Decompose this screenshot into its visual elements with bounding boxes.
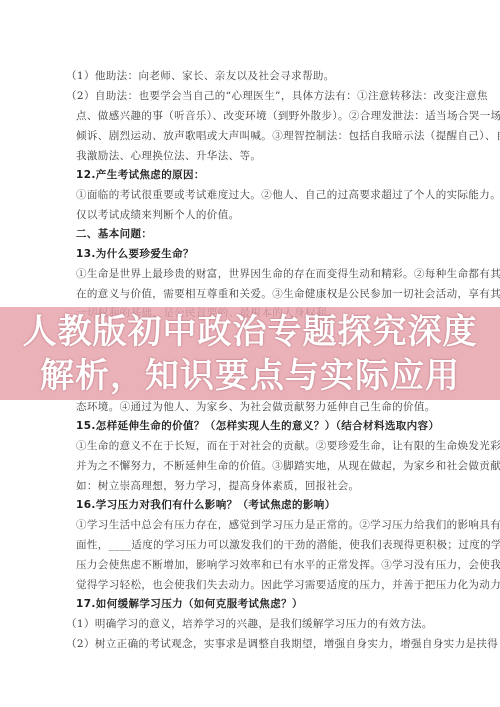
body-text-line: 我激励法、心理换位法、升华法、等。 bbox=[76, 149, 436, 163]
body-text-line: 如：树立崇高理想，努力学习，提高身体素质，回报社会。 bbox=[76, 479, 436, 493]
body-text-line: 点、做感兴趣的事（听音乐）、改变环境（到野外散步）。②合理发泄法：适当场合哭一场… bbox=[76, 109, 436, 123]
body-text-line: 仅以考试成绩来判断个人的价值。 bbox=[76, 208, 436, 222]
section-heading: 二、基本问题： bbox=[76, 227, 436, 241]
body-text-line: （1）明确学习的意义，培养学习的兴趣，是我们缓解学习压力的有效方法。 bbox=[66, 617, 426, 631]
section-heading: 13.为什么要珍爱生命？ bbox=[76, 247, 436, 261]
body-text-line: 面性，____适度的学习压力可以激发我们的干劲的潜能，使我们表现得更积极；过度的… bbox=[76, 538, 436, 552]
section-heading: 16.学习压力对我们有什么影响？（考试焦虑的影响） bbox=[76, 498, 436, 512]
body-text-line: 压力会使焦虑不断增加，影响学习效率和已有水平的正常发挥。③学习没有压力，会使我们 bbox=[76, 558, 436, 572]
body-text-line: ①生命的意义不在于长短，而在于对社会的贡献。②要珍爱生命，让有限的生命焕发光彩， bbox=[76, 439, 436, 453]
body-text-line: （1）他助法：向老师、家长、亲友以及社会寻求帮助。 bbox=[66, 69, 426, 83]
body-text-line: ①面临的考试很重要或考试难度过大。②他人、自己的过高要求超过了个人的实际能力。③ bbox=[76, 188, 436, 202]
banner-title-line-2: 解析，知识要点与实际应用 bbox=[40, 354, 460, 398]
body-text-line: 觉得学习轻松，也会使我们失去动力。因此学习需要适度的压力，并善于把压力化为动力。 bbox=[76, 578, 436, 592]
title-banner: 人教版初中政治专题探究深度 解析，知识要点与实际应用 bbox=[0, 307, 500, 400]
body-text-line: 态环境。④通过为他人、为家乡、为社会做贡献努力延伸自己生命的价值。 bbox=[76, 400, 436, 414]
section-heading: 17.如何缓解学习压力（如何克服考试焦虑？） bbox=[76, 597, 436, 611]
body-text-line: （2）自助法：也要学会当自己的“心理医生”，具体方法有：①注意转移法：改变注意焦 bbox=[66, 89, 426, 103]
body-text-line: 在的意义与价值，需要相互尊重和关爱。③生命健康权是公民参加一切社会活动，享有其他 bbox=[76, 287, 436, 301]
body-text-line: 并为之不懈努力，不断延伸生命的价值。③脚踏实地，从现在做起，为家乡和社会做贡献， bbox=[76, 459, 436, 473]
body-text-line: ①学习生活中总会有压力存在，感觉到学习压力是正常的。②学习压力给我们的影响具有两 bbox=[76, 518, 436, 532]
body-text-line: ①生命是世界上最珍贵的财富，世界因生命的存在而变得生动和精彩。②每种生命都有其存 bbox=[76, 267, 436, 281]
body-text-line: 倾诉、剧烈运动、放声歌唱或大声叫喊。③理智控制法：包括自我暗示法（提醒自己）、自 bbox=[76, 129, 436, 143]
body-text-line: （2）树立正确的考试观念，实事求是调整自我期望，增强自身实力，增强自身实力是扶得 bbox=[66, 637, 426, 651]
section-heading: 12.产生考试焦虑的原因： bbox=[76, 168, 436, 182]
banner-title-line-1: 人教版初中政治专题探究深度 bbox=[23, 310, 478, 354]
section-heading: 15.怎样延伸生命的价值？（怎样实现人生的意义？）（结合材料选取内容） bbox=[76, 419, 436, 433]
